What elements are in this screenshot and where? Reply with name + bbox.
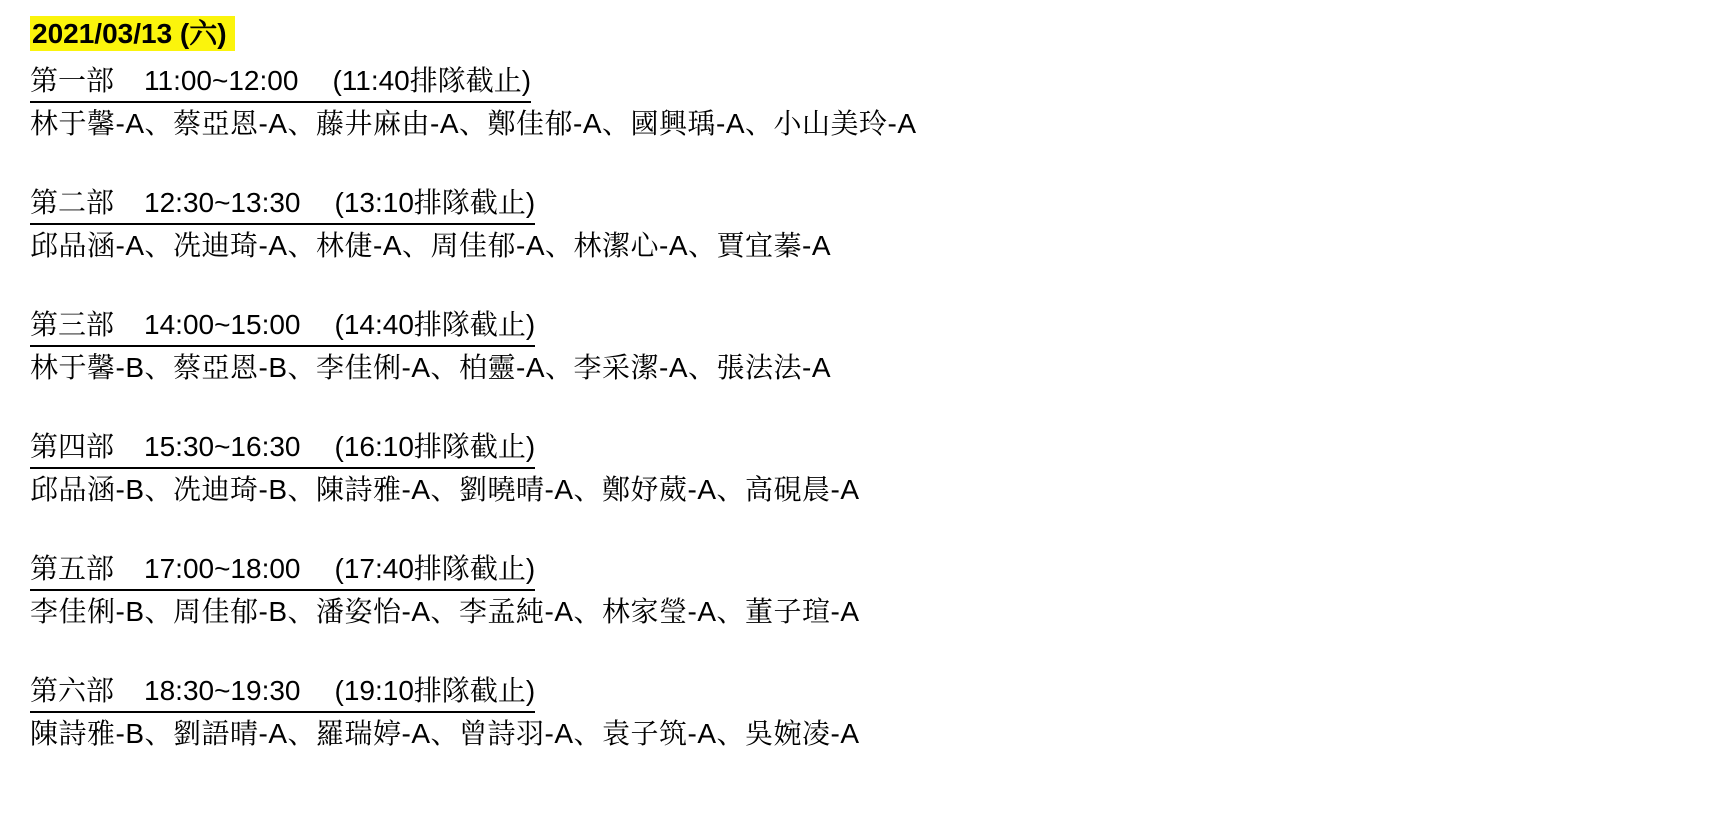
session-block-1: 第一部11:00~12:00(11:40排隊截止) 林于馨-A、蔡亞恩-A、藤井… bbox=[30, 63, 1710, 144]
session-header: 第六部18:30~19:30(19:10排隊截止) bbox=[30, 673, 535, 713]
session-members: 林于馨-B、蔡亞恩-B、李佳俐-A、柏靈-A、李采潔-A、張法法-A bbox=[30, 348, 1710, 388]
session-members: 邱品涵-A、冼迪琦-A、林倢-A、周佳郁-A、林潔心-A、賈宜蓁-A bbox=[30, 226, 1710, 266]
session-cutoff-note: (19:10排隊截止) bbox=[335, 675, 536, 706]
session-time-range: 11:00~12:00 bbox=[144, 65, 298, 96]
session-header: 第五部17:00~18:00(17:40排隊截止) bbox=[30, 551, 535, 591]
session-header: 第一部11:00~12:00(11:40排隊截止) bbox=[30, 63, 531, 103]
session-cutoff-note: (13:10排隊截止) bbox=[335, 187, 536, 218]
session-members: 邱品涵-B、冼迪琦-B、陳詩雅-A、劉曉晴-A、鄭妤葳-A、高硯晨-A bbox=[30, 470, 1710, 510]
session-header: 第三部14:00~15:00(14:40排隊截止) bbox=[30, 307, 535, 347]
session-block-2: 第二部12:30~13:30(13:10排隊截止) 邱品涵-A、冼迪琦-A、林倢… bbox=[30, 185, 1710, 266]
session-part-label: 第六部 bbox=[30, 675, 114, 706]
session-members: 林于馨-A、蔡亞恩-A、藤井麻由-A、鄭佳郁-A、國興瑀-A、小山美玲-A bbox=[30, 104, 1710, 144]
session-part-label: 第一部 bbox=[30, 65, 114, 96]
session-part-label: 第五部 bbox=[30, 553, 114, 584]
session-time-range: 15:30~16:30 bbox=[144, 431, 301, 462]
session-block-5: 第五部17:00~18:00(17:40排隊截止) 李佳俐-B、周佳郁-B、潘姿… bbox=[30, 551, 1710, 632]
schedule-content: 2021/03/13 (六) 第一部11:00~12:00(11:40排隊截止)… bbox=[0, 0, 1710, 754]
session-header: 第二部12:30~13:30(13:10排隊截止) bbox=[30, 185, 535, 225]
session-time-range: 17:00~18:00 bbox=[144, 553, 301, 584]
session-cutoff-note: (11:40排隊截止) bbox=[332, 65, 531, 96]
schedule-page: 2021/03/13 (六) 第一部11:00~12:00(11:40排隊截止)… bbox=[0, 0, 1710, 826]
session-part-label: 第三部 bbox=[30, 309, 114, 340]
session-block-6: 第六部18:30~19:30(19:10排隊截止) 陳詩雅-B、劉語晴-A、羅瑞… bbox=[30, 673, 1710, 754]
session-members: 陳詩雅-B、劉語晴-A、羅瑞婷-A、曾詩羽-A、袁子筑-A、吳婉凌-A bbox=[30, 714, 1710, 754]
date-title: 2021/03/13 (六) bbox=[30, 14, 1710, 54]
session-time-range: 18:30~19:30 bbox=[144, 675, 301, 706]
session-cutoff-note: (16:10排隊截止) bbox=[335, 431, 536, 462]
session-cutoff-note: (14:40排隊截止) bbox=[335, 309, 536, 340]
session-members: 李佳俐-B、周佳郁-B、潘姿怡-A、李孟純-A、林家瑩-A、董子瑄-A bbox=[30, 592, 1710, 632]
date-highlight: 2021/03/13 (六) bbox=[30, 16, 235, 51]
session-block-3: 第三部14:00~15:00(14:40排隊截止) 林于馨-B、蔡亞恩-B、李佳… bbox=[30, 307, 1710, 388]
session-part-label: 第四部 bbox=[30, 431, 114, 462]
session-cutoff-note: (17:40排隊截止) bbox=[335, 553, 536, 584]
session-part-label: 第二部 bbox=[30, 187, 114, 218]
session-time-range: 12:30~13:30 bbox=[144, 187, 301, 218]
session-time-range: 14:00~15:00 bbox=[144, 309, 301, 340]
session-block-4: 第四部15:30~16:30(16:10排隊截止) 邱品涵-B、冼迪琦-B、陳詩… bbox=[30, 429, 1710, 510]
session-header: 第四部15:30~16:30(16:10排隊截止) bbox=[30, 429, 535, 469]
